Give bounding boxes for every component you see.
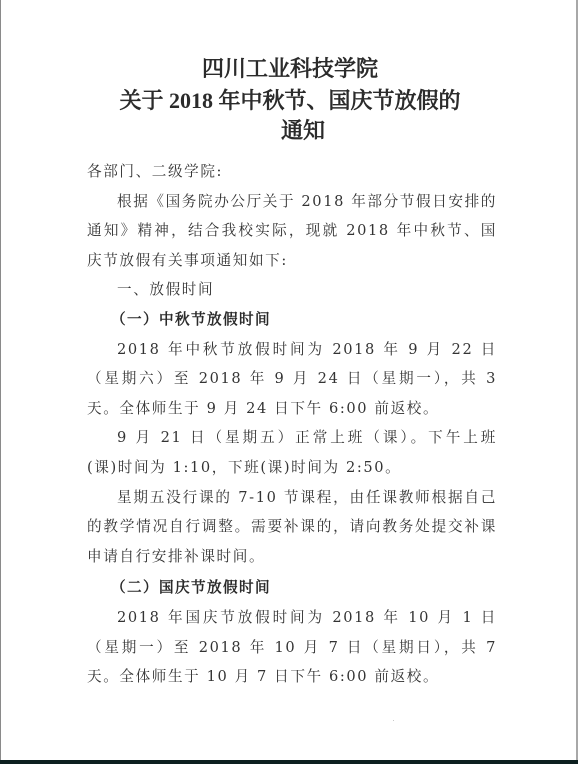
title-line-3: 通知 [27,114,578,148]
intro-paragraph: 根据《国务院办公厅关于 2018 年部分节假日安排的通知》精神，结合我校实际，现… [87,187,497,276]
document-page: 四川工业科技学院 关于 2018 年中秋节、国庆节放假的 通知 各部门、二级学院… [0,0,578,760]
bottom-edge-band [0,760,578,764]
salutation: 各部门、二级学院: [87,157,497,187]
paragraph-makeup-classes: 星期五没行课的 7-10 节课程，由任课教师根据自己的教学情况自行调整。需要补课… [87,483,497,572]
scan-speck [393,720,394,721]
paragraph-mid-autumn-dates: 2018 年中秋节放假时间为 2018 年 9 月 22 日（星期六）至 201… [87,335,497,424]
title-institution: 四川工业科技学院 [1,52,578,86]
section-heading-holiday-time: 一、放假时间 [87,275,497,305]
document-body: 各部门、二级学院: 根据《国务院办公厅关于 2018 年部分节假日安排的通知》精… [87,157,497,692]
subsection-heading-mid-autumn: （一）中秋节放假时间 [87,305,497,335]
subsection-heading-national-day: （二）国庆节放假时间 [87,573,497,603]
paragraph-national-day-dates: 2018 年国庆节放假时间为 2018 年 10 月 1 日（星期一）至 201… [87,603,497,692]
title-notice: 通知 [1,114,578,148]
title-line-1: 四川工业科技学院 [1,52,578,86]
paragraph-friday-schedule: 9 月 21 日（星期五）正常上班（课）。下午上班(课)时间为 1:10，下班(… [87,423,497,482]
title-line-2: 关于 2018 年中秋节、国庆节放假的 [1,84,578,118]
title-subject: 关于 2018 年中秋节、国庆节放假的 [1,84,578,118]
